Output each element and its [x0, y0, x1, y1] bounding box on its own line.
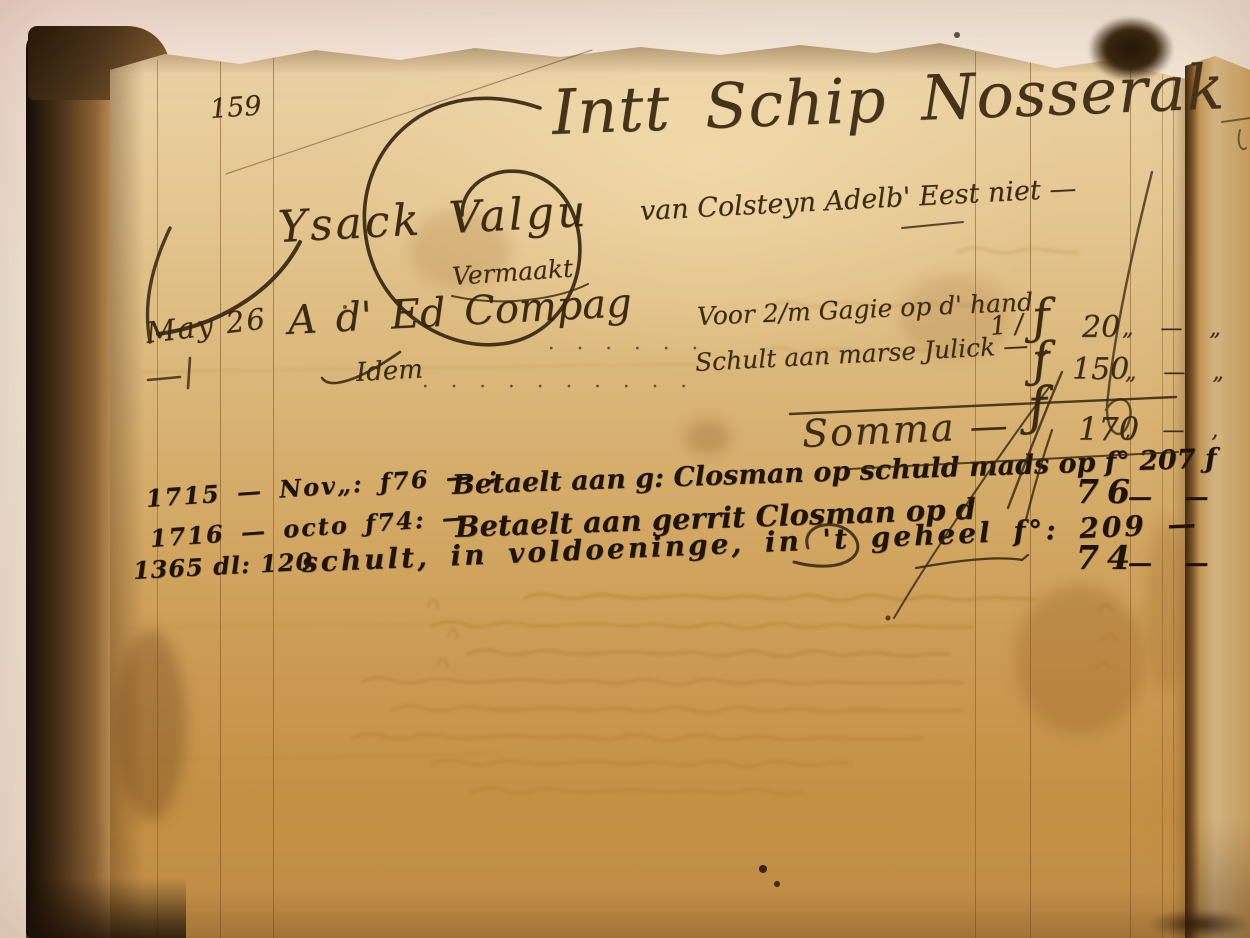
ink-spot [759, 865, 767, 873]
edge-flourish [1106, 172, 1152, 434]
name-descender-flourish [158, 242, 300, 334]
pen-flourishes [0, 0, 1250, 938]
diagonal-rule [226, 50, 592, 174]
margin-bracket-stroke [147, 228, 170, 342]
title-flourish [364, 98, 580, 344]
settlement-strike [894, 386, 1050, 618]
sum-rule-bottom [850, 452, 1178, 469]
ink-spot [774, 881, 780, 887]
bottom-left-shadow [26, 878, 186, 938]
facing-page-marks [1222, 118, 1250, 149]
ledger-photograph: 159 Intt Schip Nosserak Ysack Valgu van … [0, 0, 1250, 938]
bottom-right-shadow [1148, 910, 1250, 938]
